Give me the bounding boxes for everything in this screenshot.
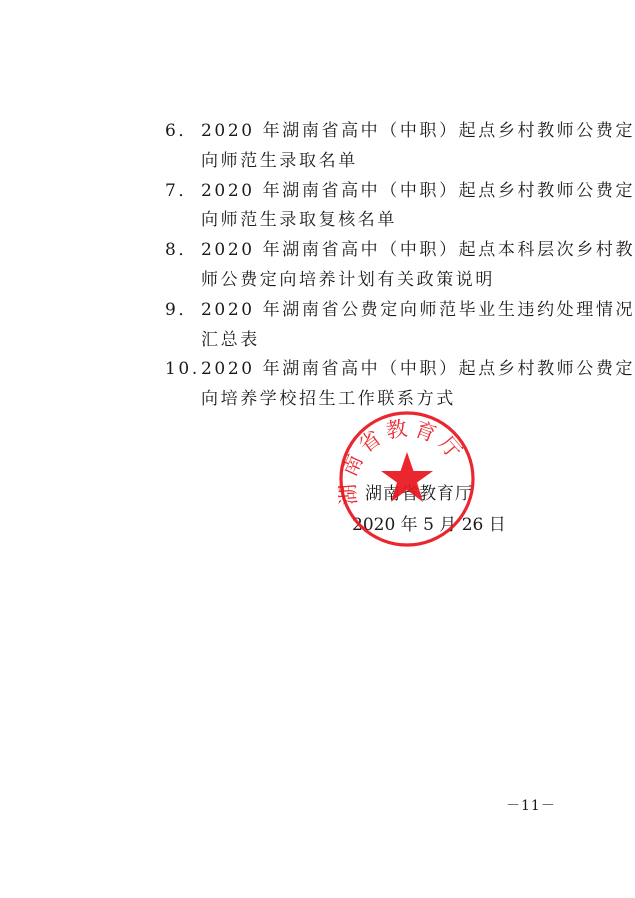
item-text-line2: 向师范生录取复核名单 <box>165 206 565 236</box>
list-item: 6． 2020 年湖南省高中（中职）起点乡村教师公费定 向师范生录取名单 <box>165 117 565 177</box>
item-number: 10. <box>165 355 201 385</box>
item-text-line1: 2020 年湖南省高中（中职）起点乡村教师公费定 <box>165 355 565 385</box>
item-text-line1: 2020 年湖南省高中（中职）起点乡村教师公费定 <box>165 117 565 147</box>
item-text-line2: 师公费定向培养计划有关政策说明 <box>165 266 565 296</box>
item-number: 6． <box>165 117 201 147</box>
list-item: 9． 2020 年湖南省公费定向师范毕业生违约处理情况 汇总表 <box>165 296 565 356</box>
page-number: －11－ <box>506 795 556 815</box>
item-text-line1: 2020 年湖南省高中（中职）起点本科层次乡村教 <box>165 236 565 266</box>
item-text-line2: 汇总表 <box>165 326 565 356</box>
list-item: 7． 2020 年湖南省高中（中职）起点乡村教师公费定 向师范生录取复核名单 <box>165 177 565 237</box>
list-item: 8． 2020 年湖南省高中（中职）起点本科层次乡村教 师公费定向培养计划有关政… <box>165 236 565 296</box>
item-text-line1: 2020 年湖南省公费定向师范毕业生违约处理情况 <box>165 296 565 326</box>
item-number: 8． <box>165 236 201 266</box>
item-text-line1: 2020 年湖南省高中（中职）起点乡村教师公费定 <box>165 177 565 207</box>
signature-date: 2020 年 5 月 26 日 <box>352 510 506 535</box>
item-number: 9． <box>165 296 201 326</box>
item-number: 7． <box>165 177 201 207</box>
item-text-line2: 向培养学校招生工作联系方式 <box>165 385 565 415</box>
attachment-list: 6． 2020 年湖南省高中（中职）起点乡村教师公费定 向师范生录取名单 7． … <box>165 117 565 415</box>
item-text-line2: 向师范生录取名单 <box>165 147 565 177</box>
list-item: 10. 2020 年湖南省高中（中职）起点乡村教师公费定 向培养学校招生工作联系… <box>165 355 565 415</box>
signature-org: 湖南省教育厅 <box>365 479 473 504</box>
